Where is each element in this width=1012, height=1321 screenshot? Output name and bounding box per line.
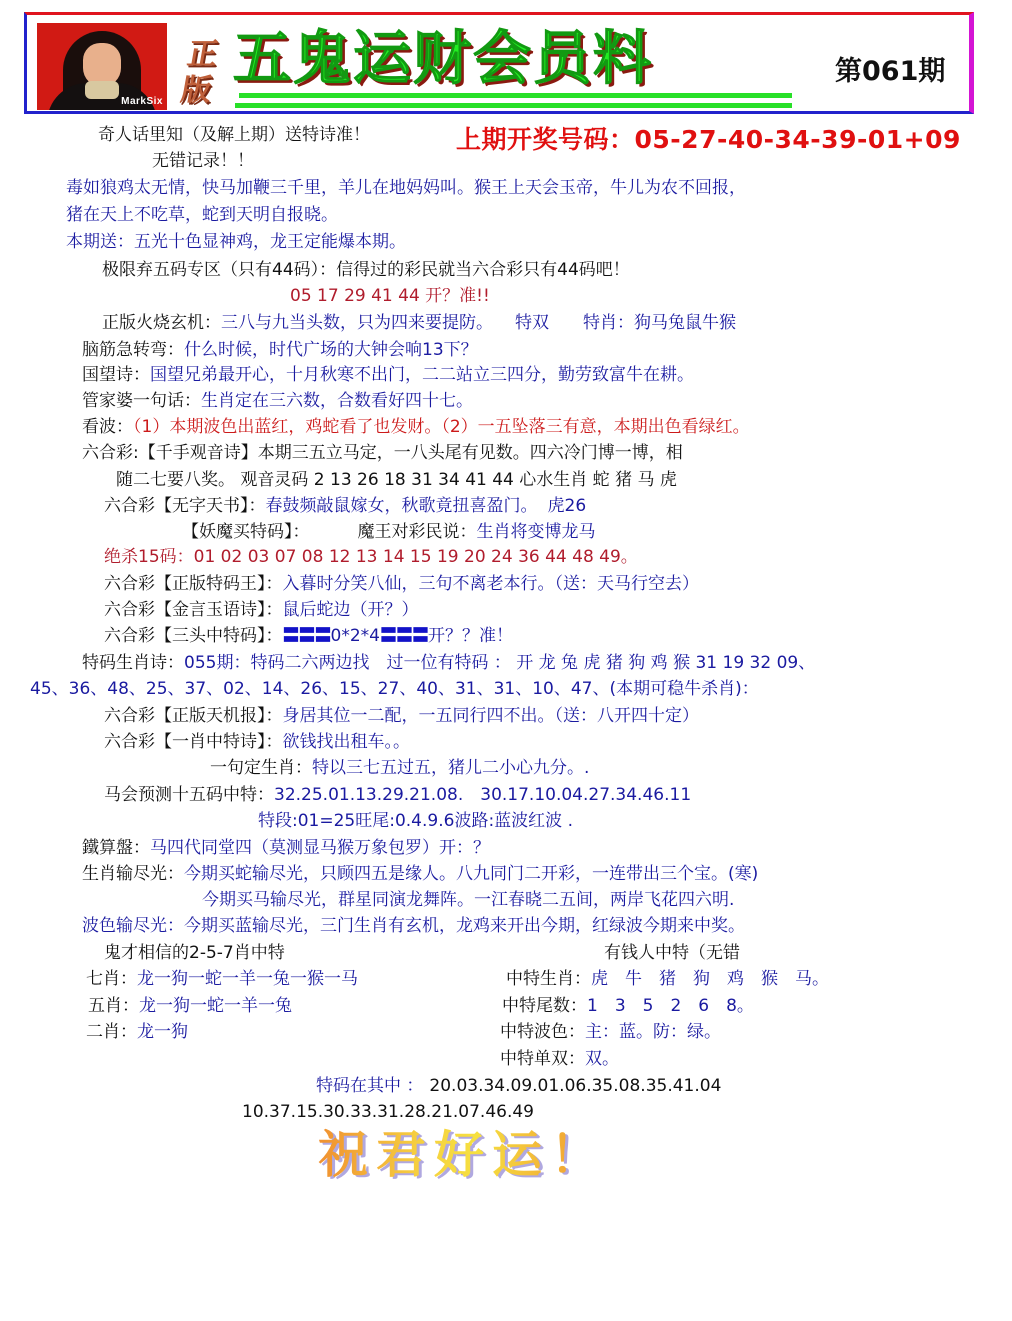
issue-number: 第061期 xyxy=(835,49,945,88)
right-row-label: 中特生肖： xyxy=(506,969,591,989)
gift-line: 本期送：五光十色显神鸡，龙王定能爆本期。 xyxy=(66,231,406,253)
huoshao-text: 三八与九当头数，只为四来要提防。 xyxy=(221,313,493,333)
title-underline-bottom xyxy=(235,103,792,108)
guowang-text: 国望兄弟最开心，十月秋寒不出门，二二站立三四分，勤劳致富牛在耕。 xyxy=(150,365,694,385)
tema-wang-text: 入暮时分笑八仙，三句不离老本行。（送：天马行空去） xyxy=(283,574,700,594)
wuzi-extra: 虎26 xyxy=(548,496,587,516)
santou-label: 六合彩【三头中特码】： xyxy=(104,626,283,646)
bose-line: 波色输尽光：今期买蓝输尽光，三门生肖有玄机，龙鸡来开出今期，红绿波今期来中奖。 xyxy=(82,915,745,937)
jinyan-line: 六合彩【金言玉语诗】：鼠后蛇边（开？） xyxy=(104,599,419,621)
tema-wang-line: 六合彩【正版特码王】：入暮时分笑八仙，三句不离老本行。（送：天马行空去） xyxy=(104,573,699,595)
photo-watermark: MarkSix xyxy=(121,96,163,107)
kill15-label: 绝杀15码： xyxy=(104,547,194,567)
right-row-value: 主：蓝。防：绿。 xyxy=(585,1022,721,1042)
poem-line-2: 猪在天上不吃草，蛇到天明自报晓。 xyxy=(66,204,338,226)
bose-label: 波色输尽光： xyxy=(82,916,184,936)
blessing-text: 祝君好运！ xyxy=(318,1124,608,1186)
left-row-label: 二肖： xyxy=(86,1022,137,1042)
shuguang-label: 生肖输尽光： xyxy=(82,864,184,884)
poem-line-1: 毒如狼鸡太无情，快马加鞭三千里，羊儿在地妈妈叫。猴王上天会玉帝，牛儿为农不回报， xyxy=(66,177,746,199)
tiesuan-label: 鐵算盤： xyxy=(82,838,150,858)
yaomo-label: 【妖魔买特码】： xyxy=(182,522,310,542)
gift-label: 本期送： xyxy=(66,232,134,252)
left-row-value: 龙一狗 xyxy=(137,1022,188,1042)
tema-wang-label: 六合彩【正版特码王】： xyxy=(104,574,283,594)
shuguang-line-2: 今期买马输尽光，群星同演龙舞阵。一江春晓二五间，两岸飞花四六明. xyxy=(202,889,734,911)
left-panel-title: 鬼才相信的2-5-7肖中特 xyxy=(104,942,285,964)
tema-label: 特码在其中 ： xyxy=(316,1076,423,1096)
shengxiao-line: 特码生肖诗：055期：特码二六两边找 过一位有特码 ： 开 龙 兔 虎 猪 狗 … xyxy=(82,652,815,674)
guanjia-text: 生肖定在三六数，合数看好四十七。 xyxy=(201,391,473,411)
jinyan-text: 鼠后蛇边（开？） xyxy=(283,600,419,620)
teduan-line: 特段:01=25旺尾:0.4.9.6波路:蓝波红波 . xyxy=(258,810,573,832)
santou-blocks-left: 〓〓〓 xyxy=(283,626,331,646)
huoshao-label: 正版火烧玄机： xyxy=(102,313,221,333)
left-row-2: 二肖：龙一狗 xyxy=(86,1021,188,1043)
shengxiao-label: 特码生肖诗： xyxy=(82,653,184,673)
right-row-label: 中特尾数： xyxy=(502,996,587,1016)
huoshao-zodiac: 特肖：狗马兔鼠牛猴 xyxy=(583,313,736,333)
mahui-numbers: 32.25.01.13.29.21.08. 30.17.10.04.27.34.… xyxy=(274,785,691,805)
santou-mid: 0*2*4 xyxy=(331,626,380,646)
tianji-text: 身居其位一二配，一五同行四不出。（送：八开四十定） xyxy=(283,706,700,726)
left-row-label: 七肖： xyxy=(86,969,137,989)
shengxiao-text: 055期：特码二六两边找 过一位有特码 ： 开 龙 兔 虎 猪 狗 鸡 猴 31… xyxy=(184,653,815,673)
intro-line-1: 奇人话里知（及解上期）送特诗准！ xyxy=(98,124,370,146)
kill15-line: 绝杀15码：01 02 03 07 08 12 13 14 15 19 20 2… xyxy=(104,546,638,568)
shuguang-text: 今期买蛇输尽光，只顾四五是缘人。八九同门二开彩，一连带出三个宝。(寒) xyxy=(184,864,758,884)
guowang-label: 国望诗： xyxy=(82,365,150,385)
kill15-numbers: 01 02 03 07 08 12 13 14 15 19 20 24 36 4… xyxy=(194,547,638,567)
yiju-line: 一句定生肖：特以三七五过五，猪儿二小心九分。. xyxy=(210,757,589,779)
guanjia-label: 管家婆一句话： xyxy=(82,391,201,411)
tema-line-1: 特码在其中 ：20.03.34.09.01.06.35.08.35.41.04 xyxy=(316,1075,721,1097)
huoshao-line: 正版火烧玄机：三八与九当头数，只为四来要提防。特双特肖：狗马兔鼠牛猴 xyxy=(102,312,736,334)
kanbo-text: （1）本期波色出蓝红，鸡蛇看了也发财。（2）一五坠落三有意，本期出色看绿红。 xyxy=(133,417,750,437)
authentic-badge: 正版 xyxy=(170,37,227,113)
right-row-value: 双。 xyxy=(585,1049,619,1069)
portrait-image: MarkSix xyxy=(37,23,167,110)
shuguang-line: 生肖输尽光：今期买蛇输尽光，只顾四五是缘人。八九同门二开彩，一连带出三个宝。(寒… xyxy=(82,863,758,885)
right-row-parity: 中特单双：双。 xyxy=(500,1048,619,1070)
jinyan-label: 六合彩【金言玉语诗】： xyxy=(104,600,283,620)
guowang-line: 国望诗：国望兄弟最开心，十月秋寒不出门，二二站立三四分，勤劳致富牛在耕。 xyxy=(82,364,694,386)
intro-line-2: 无错记录！！ xyxy=(152,150,254,172)
left-row-value: 龙一狗一蛇一羊一兔 xyxy=(139,996,292,1016)
huoshao-double: 特双 xyxy=(515,313,549,333)
yixiao-text: 欲钱找出租车。。 xyxy=(283,732,411,752)
right-row-value: 虎 牛 猪 狗 鸡 猴 马。 xyxy=(591,969,829,989)
yaomo-text-black: 魔王对彩民说： xyxy=(358,522,477,542)
tema-line-2: 10.37.15.30.33.31.28.21.07.46.49 xyxy=(242,1101,534,1123)
last-draw-label: 上期开奖号码： xyxy=(456,125,635,154)
left-row-7: 七肖：龙一狗一蛇一羊一兔一猴一马 xyxy=(86,968,358,990)
naojin-text: 什么时候，时代广场的大钟会响13下？ xyxy=(184,340,478,360)
yaomo-line: 【妖魔买特码】：魔王对彩民说：生肖将变博龙马 xyxy=(182,521,596,543)
page-title: 五鬼运财会员料 xyxy=(233,25,653,91)
yiju-label: 一句定生肖： xyxy=(210,758,312,778)
right-row-zodiac: 中特生肖：虎 牛 猪 狗 鸡 猴 马。 xyxy=(506,968,829,990)
wuzi-line: 六合彩【无字天书】：春鼓频敲鼠嫁女，秋歌竟扭喜盈门。虎26 xyxy=(104,495,586,517)
guanyin-line-2: 随二七要八奖。 观音灵码 2 13 26 18 31 34 41 44 心水生肖… xyxy=(116,469,677,491)
gift-text: 五光十色显神鸡，龙王定能爆本期。 xyxy=(134,232,406,252)
header-banner: MarkSix 正版 五鬼运财会员料 第061期 xyxy=(24,12,974,114)
wuzi-text: 春鼓频敲鼠嫁女，秋歌竟扭喜盈门。 xyxy=(266,496,538,516)
wuzi-label: 六合彩【无字天书】： xyxy=(104,496,266,516)
right-row-value: 1 3 5 2 6 8。 xyxy=(587,996,754,1016)
shengxiao-line-2: 45、36、48、25、37、02、14、26、15、27、40、31、31、1… xyxy=(30,678,759,700)
kanbo-line: 看波：（1）本期波色出蓝红，鸡蛇看了也发财。（2）一五坠落三有意，本期出色看绿红… xyxy=(82,416,750,438)
yaomo-text-blue: 生肖将变博龙马 xyxy=(477,522,596,542)
mahui-line: 马会预测十五码中特：32.25.01.13.29.21.08. 30.17.10… xyxy=(104,784,691,806)
left-row-label: 五肖： xyxy=(88,996,139,1016)
santou-blocks-right: 〓〓〓 xyxy=(380,626,428,646)
yiju-text: 特以三七五过五，猪儿二小心九分。. xyxy=(312,758,589,778)
tema-numbers-1: 20.03.34.09.01.06.35.08.35.41.04 xyxy=(429,1076,721,1096)
guanyin-line-1: 六合彩:【千手观音诗】本期三五立马定，一八头尾有见数。四六冷门博一博，相 xyxy=(82,442,683,464)
tianji-line: 六合彩【正版天机报】：身居其位一二配，一五同行四不出。（送：八开四十定） xyxy=(104,705,699,727)
limit-zone-numbers: 05 17 29 41 44 开？准!! xyxy=(290,285,490,307)
right-row-label: 中特单双： xyxy=(500,1049,585,1069)
santou-line: 六合彩【三头中特码】：〓〓〓0*2*4〓〓〓开？？准！ xyxy=(104,625,513,647)
left-row-value: 龙一狗一蛇一羊一兔一猴一马 xyxy=(137,969,358,989)
right-row-label: 中特波色： xyxy=(500,1022,585,1042)
naojin-line: 脑筋急转弯：什么时候，时代广场的大钟会响13下？ xyxy=(82,339,478,361)
portrait-collar xyxy=(85,81,119,99)
limit-zone-text: 极限弃五码专区（只有44码）：信得过的彩民就当六合彩只有44码吧！ xyxy=(102,259,630,281)
guanjia-line: 管家婆一句话：生肖定在三六数，合数看好四十七。 xyxy=(82,390,473,412)
yixiao-label: 六合彩【一肖中特诗】： xyxy=(104,732,283,752)
right-row-color: 中特波色：主：蓝。防：绿。 xyxy=(500,1021,721,1043)
right-panel-title: 有钱人中特（无错 xyxy=(604,942,740,964)
santou-end: 开？？准！ xyxy=(428,626,513,646)
tianji-label: 六合彩【正版天机报】： xyxy=(104,706,283,726)
last-draw-numbers: 05-27-40-34-39-01+09 xyxy=(635,125,961,154)
tiesuan-text: 马四代同堂四（莫测显马猴万象包罗）开：？ xyxy=(150,838,490,858)
mahui-label: 马会预测十五码中特： xyxy=(104,785,274,805)
right-row-tail: 中特尾数：1 3 5 2 6 8。 xyxy=(502,995,754,1017)
title-underline-top xyxy=(239,93,792,98)
tiesuan-line: 鐵算盤：马四代同堂四（莫测显马猴万象包罗）开：？ xyxy=(82,837,490,859)
naojin-label: 脑筋急转弯： xyxy=(82,340,184,360)
left-row-5: 五肖：龙一狗一蛇一羊一兔 xyxy=(88,995,292,1017)
kanbo-label: 看波： xyxy=(82,417,133,437)
bose-text: 今期买蓝输尽光，三门生肖有玄机，龙鸡来开出今期，红绿波今期来中奖。 xyxy=(184,916,745,936)
yixiao-line: 六合彩【一肖中特诗】：欲钱找出租车。。 xyxy=(104,731,410,753)
last-draw: 上期开奖号码：05-27-40-34-39-01+09 xyxy=(456,125,961,155)
